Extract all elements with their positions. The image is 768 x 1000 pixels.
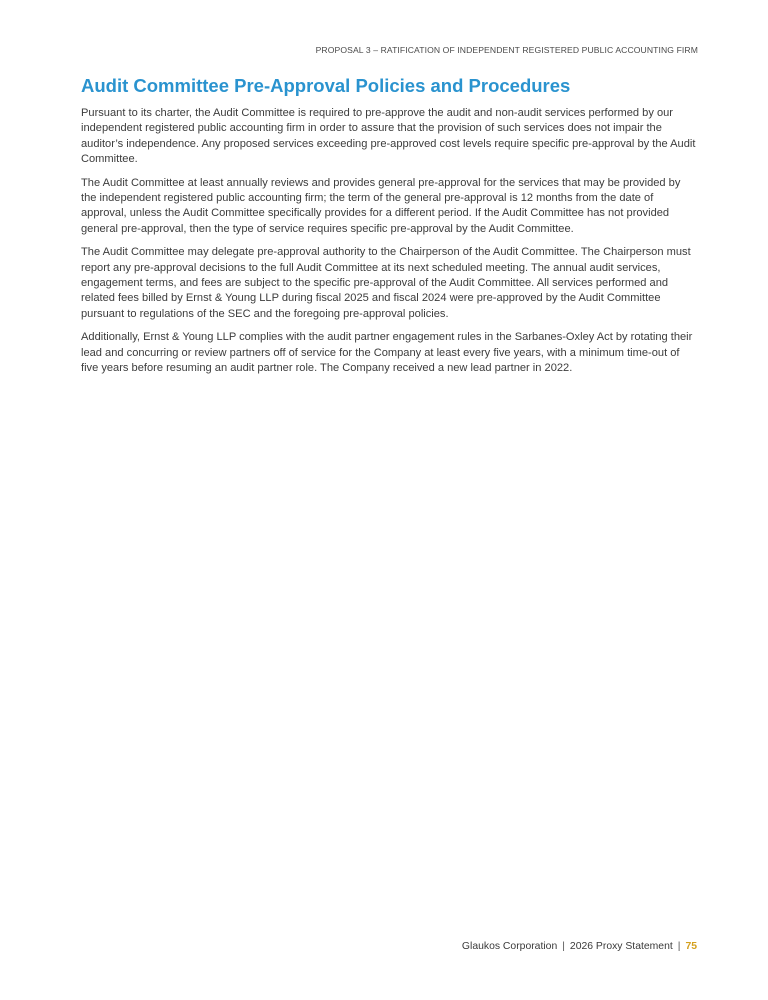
footer-document: 2026 Proxy Statement: [570, 941, 673, 952]
footer-separator: |: [678, 941, 681, 952]
running-header: PROPOSAL 3 – RATIFICATION OF INDEPENDENT…: [316, 45, 698, 55]
paragraph-charter-requirement: Pursuant to its charter, the Audit Commi…: [81, 106, 697, 168]
paragraph-partner-rotation: Additionally, Ernst & Young LLP complies…: [81, 330, 697, 376]
page-number: 75: [685, 941, 697, 952]
paragraph-general-pre-approval: The Audit Committee at least annually re…: [81, 176, 697, 238]
footer-separator: |: [562, 941, 565, 952]
page-footer: Glaukos Corporation|2026 Proxy Statement…: [462, 941, 697, 952]
footer-company: Glaukos Corporation: [462, 941, 557, 952]
paragraph-delegation: The Audit Committee may delegate pre-app…: [81, 245, 697, 322]
section-title: Audit Committee Pre-Approval Policies an…: [81, 74, 697, 98]
main-content: Audit Committee Pre-Approval Policies an…: [81, 74, 697, 385]
